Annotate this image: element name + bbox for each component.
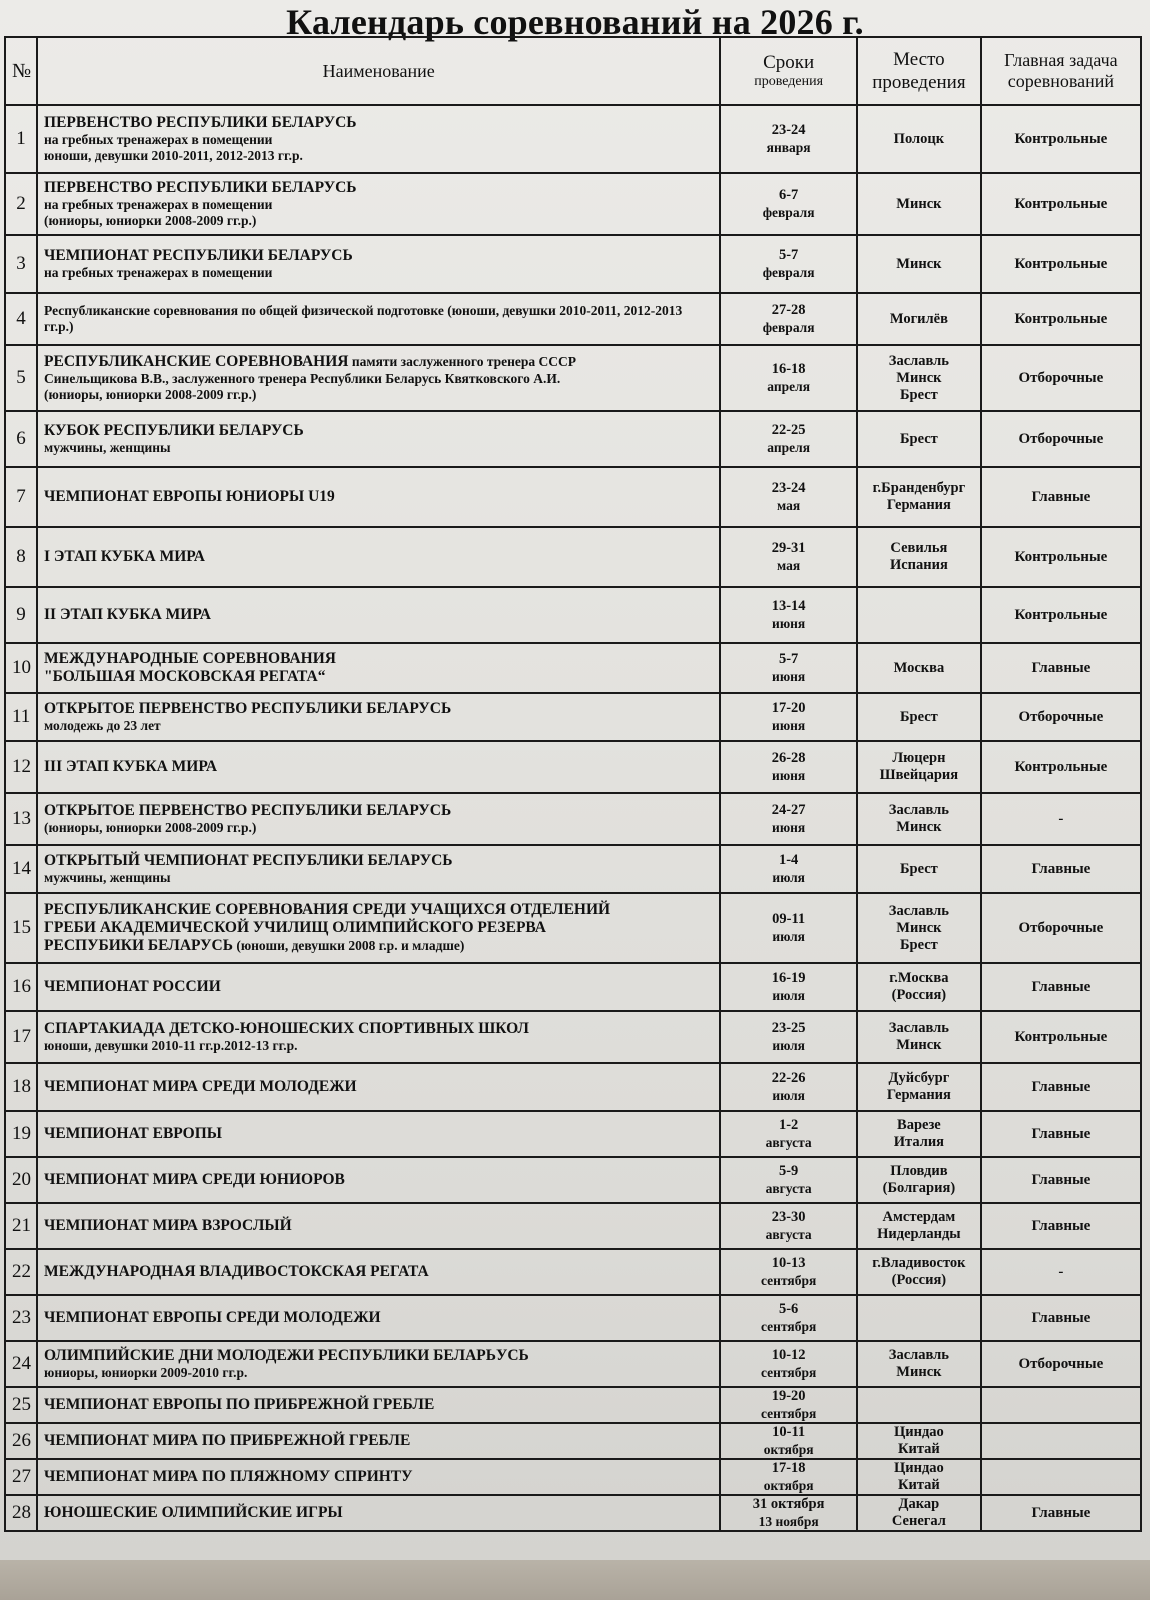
competition-title: ЧЕМПИОНАТ ЕВРОПЫ — [44, 1125, 222, 1142]
row-number: 19 — [5, 1111, 37, 1157]
place-cell: Полоцк — [857, 105, 981, 173]
place-cell: г.БранденбургГермания — [857, 467, 981, 527]
table-header: № Наименование Сроки проведения Место пр… — [5, 37, 1141, 105]
row-number: 22 — [5, 1249, 37, 1295]
date-month: июля — [727, 987, 850, 1004]
competition-title-line: ЧЕМПИОНАТ РЕСПУБЛИКИ БЕЛАРУСЬ — [44, 247, 713, 265]
competition-title-line: РЕСПУБЛИКАНСКИЕ СОРЕВНОВАНИЯ памяти засл… — [44, 353, 713, 371]
place-cell: ДуйсбургГермания — [857, 1063, 981, 1111]
dates-cell: 27-28февраля — [720, 293, 857, 345]
place-line: Испания — [864, 557, 974, 574]
place-line: г.Москва — [864, 970, 974, 987]
row-number: 27 — [5, 1459, 37, 1495]
competition-title-line: ОТКРЫТОЕ ПЕРВЕНСТВО РЕСПУБЛИКИ БЕЛАРУСЬ — [44, 700, 713, 718]
competition-title-line: ОЛИМПИЙСКИЕ ДНИ МОЛОДЕЖИ РЕСПУБЛИКИ БЕЛА… — [44, 1347, 713, 1365]
date-range: 1-4 — [727, 852, 850, 869]
goal-cell: Контрольные — [981, 293, 1141, 345]
competition-title-line: II ЭТАП КУБКА МИРА — [44, 606, 713, 624]
goal-cell: Главные — [981, 1295, 1141, 1341]
row-number: 16 — [5, 963, 37, 1011]
place-line: Швейцария — [864, 767, 974, 784]
place-line: Севилья — [864, 540, 974, 557]
competition-subtitle: юноши, девушки 2010-2011, 2012-2013 гг.р… — [44, 148, 713, 164]
competition-title-line: ЧЕМПИОНАТ МИРА ПО ПРИБРЕЖНОЙ ГРЕБЛЕ — [44, 1432, 713, 1450]
goal-cell: Главные — [981, 1063, 1141, 1111]
competition-title-line: КУБОК РЕСПУБЛИКИ БЕЛАРУСЬ — [44, 422, 713, 440]
date-month: января — [727, 139, 850, 156]
competition-title-line: ОТКРЫТОЕ ПЕРВЕНСТВО РЕСПУБЛИКИ БЕЛАРУСЬ — [44, 802, 713, 820]
dates-cell: 5-9августа — [720, 1157, 857, 1203]
dates-cell: 29-31мая — [720, 527, 857, 587]
competition-title: МЕЖДУНАРОДНАЯ ВЛАДИВОСТОКСКАЯ РЕГАТА — [44, 1263, 429, 1280]
competition-name-cell: ЧЕМПИОНАТ МИРА СРЕДИ ЮНИОРОВ — [37, 1157, 720, 1203]
competition-title: РЕСПУБЛИКАНСКИЕ СОРЕВНОВАНИЯ — [44, 353, 348, 370]
competition-title-line2: ГРЕБИ АКАДЕМИЧЕСКОЙ УЧИЛИЩ ОЛИМПИЙСКОГО … — [44, 919, 713, 937]
competition-title-line: ПЕРВЕНСТВО РЕСПУБЛИКИ БЕЛАРУСЬ — [44, 179, 713, 197]
date-month: июня — [727, 819, 850, 836]
goal-cell: Контрольные — [981, 105, 1141, 173]
competition-name-cell: МЕЖДУНАРОДНАЯ ВЛАДИВОСТОКСКАЯ РЕГАТА — [37, 1249, 720, 1295]
place-line: Могилёв — [864, 311, 974, 328]
place-line: Люцерн — [864, 750, 974, 767]
place-cell: ВарезеИталия — [857, 1111, 981, 1157]
table-row: 15РЕСПУБЛИКАНСКИЕ СОРЕВНОВАНИЯ СРЕДИ УЧА… — [5, 893, 1141, 963]
date-range: 29-31 — [727, 540, 850, 557]
competition-name-cell: ЧЕМПИОНАТ ЕВРОПЫ ЮНИОРЫ U19 — [37, 467, 720, 527]
competition-title: I ЭТАП КУБКА МИРА — [44, 548, 205, 565]
place-cell: СевильяИспания — [857, 527, 981, 587]
table-row: 24ОЛИМПИЙСКИЕ ДНИ МОЛОДЕЖИ РЕСПУБЛИКИ БЕ… — [5, 1341, 1141, 1387]
place-line: Минск — [864, 370, 974, 387]
dates-cell: 5-7июня — [720, 643, 857, 693]
competition-title-line: МЕЖДУНАРОДНАЯ ВЛАДИВОСТОКСКАЯ РЕГАТА — [44, 1263, 713, 1281]
dates-cell: 10-13сентября — [720, 1249, 857, 1295]
date-range: 10-13 — [727, 1255, 850, 1272]
competition-name-cell: ЮНОШЕСКИЕ ОЛИМПИЙСКИЕ ИГРЫ — [37, 1495, 720, 1531]
competition-name-cell: ПЕРВЕНСТВО РЕСПУБЛИКИ БЕЛАРУСЬна гребных… — [37, 105, 720, 173]
competition-title-line: ПЕРВЕНСТВО РЕСПУБЛИКИ БЕЛАРУСЬ — [44, 114, 713, 132]
date-month: июля — [727, 1037, 850, 1054]
competition-title-line: СПАРТАКИАДА ДЕТСКО-ЮНОШЕСКИХ СПОРТИВНЫХ … — [44, 1020, 713, 1038]
date-month: мая — [727, 497, 850, 514]
place-line: Китай — [864, 1477, 974, 1494]
dates-cell: 23-24мая — [720, 467, 857, 527]
place-cell: ЗаславльМинск — [857, 1341, 981, 1387]
place-cell — [857, 1387, 981, 1423]
date-range: 22-25 — [727, 422, 850, 439]
date-range: 23-24 — [727, 122, 850, 139]
competition-title-line: ОТКРЫТЫЙ ЧЕМПИОНАТ РЕСПУБЛИКИ БЕЛАРУСЬ — [44, 852, 713, 870]
competition-title-line: ЧЕМПИОНАТ ЕВРОПЫ — [44, 1125, 713, 1143]
date-month: августа — [727, 1134, 850, 1151]
competition-title-line: ЧЕМПИОНАТ ЕВРОПЫ ЮНИОРЫ U19 — [44, 488, 713, 506]
competition-name-cell: ЧЕМПИОНАТ ЕВРОПЫ СРЕДИ МОЛОДЕЖИ — [37, 1295, 720, 1341]
table-row: 8I ЭТАП КУБКА МИРА29-31маяСевильяИспания… — [5, 527, 1141, 587]
competition-name-cell: СПАРТАКИАДА ДЕТСКО-ЮНОШЕСКИХ СПОРТИВНЫХ … — [37, 1011, 720, 1063]
date-month: июля — [727, 928, 850, 945]
place-cell — [857, 1295, 981, 1341]
date-range: 22-26 — [727, 1070, 850, 1087]
dates-cell: 13-14июня — [720, 587, 857, 643]
header-name: Наименование — [37, 37, 720, 105]
row-number: 2 — [5, 173, 37, 235]
row-number: 18 — [5, 1063, 37, 1111]
background-surface — [0, 1560, 1150, 1600]
place-line: Варезе — [864, 1117, 974, 1134]
place-line: Германия — [864, 497, 974, 514]
competition-title: РЕСПУБЛИКАНСКИЕ СОРЕВНОВАНИЯ СРЕДИ УЧАЩИ… — [44, 901, 610, 918]
goal-cell: Главные — [981, 1111, 1141, 1157]
dates-cell: 24-27июня — [720, 793, 857, 845]
row-number: 5 — [5, 345, 37, 411]
competition-name-cell: III ЭТАП КУБКА МИРА — [37, 741, 720, 793]
competition-name-cell: РЕСПУБЛИКАНСКИЕ СОРЕВНОВАНИЯ СРЕДИ УЧАЩИ… — [37, 893, 720, 963]
row-number: 25 — [5, 1387, 37, 1423]
place-line: Заславль — [864, 903, 974, 920]
table-row: 18ЧЕМПИОНАТ МИРА СРЕДИ МОЛОДЕЖИ22-26июля… — [5, 1063, 1141, 1111]
competition-title: КУБОК РЕСПУБЛИКИ БЕЛАРУСЬ — [44, 422, 304, 439]
competition-calendar-table: № Наименование Сроки проведения Место пр… — [4, 36, 1142, 1532]
competition-subtitle: юноши, девушки 2010-11 гг.р.2012-13 гг.р… — [44, 1038, 713, 1054]
competition-name-cell: ЧЕМПИОНАТ МИРА ВЗРОСЛЫЙ — [37, 1203, 720, 1249]
row-number: 3 — [5, 235, 37, 293]
competition-subtitle: (юниоры, юниорки 2008-2009 гг.р.) — [44, 213, 713, 229]
table-row: 2ПЕРВЕНСТВО РЕСПУБЛИКИ БЕЛАРУСЬна гребны… — [5, 173, 1141, 235]
place-cell: ЗаславльМинск — [857, 1011, 981, 1063]
place-line: Минск — [864, 920, 974, 937]
place-line: Минск — [864, 196, 974, 213]
row-number: 7 — [5, 467, 37, 527]
competition-title-line2: "БОЛЬШАЯ МОСКОВСКАЯ РЕГАТА“ — [44, 668, 713, 686]
date-range: 27-28 — [727, 302, 850, 319]
competition-title: ЧЕМПИОНАТ РОССИИ — [44, 978, 221, 995]
dates-cell: 10-11октября — [720, 1423, 857, 1459]
place-line: Минск — [864, 819, 974, 836]
goal-cell: Главные — [981, 643, 1141, 693]
header-number: № — [5, 37, 37, 105]
competition-name-cell: I ЭТАП КУБКА МИРА — [37, 527, 720, 587]
date-range: 23-25 — [727, 1020, 850, 1037]
dates-cell: 09-11июля — [720, 893, 857, 963]
competition-title-line: МЕЖДУНАРОДНЫЕ СОРЕВНОВАНИЯ — [44, 650, 713, 668]
place-line: Германия — [864, 1087, 974, 1104]
place-cell: ЗаславльМинскБрест — [857, 345, 981, 411]
row-number: 9 — [5, 587, 37, 643]
date-range: 16-19 — [727, 970, 850, 987]
dates-cell: 16-18апреля — [720, 345, 857, 411]
goal-cell: Контрольные — [981, 1011, 1141, 1063]
place-cell: Брест — [857, 693, 981, 741]
table-row: 3ЧЕМПИОНАТ РЕСПУБЛИКИ БЕЛАРУСЬна гребных… — [5, 235, 1141, 293]
goal-cell: Главные — [981, 467, 1141, 527]
place-line: Дуйсбург — [864, 1070, 974, 1087]
competition-title: ОТКРЫТЫЙ ЧЕМПИОНАТ РЕСПУБЛИКИ БЕЛАРУСЬ — [44, 852, 453, 869]
competition-name-cell: ЧЕМПИОНАТ ЕВРОПЫ ПО ПРИБРЕЖНОЙ ГРЕБЛЕ — [37, 1387, 720, 1423]
table-row: 21ЧЕМПИОНАТ МИРА ВЗРОСЛЫЙ23-30августаАмс… — [5, 1203, 1141, 1249]
place-line: Брест — [864, 709, 974, 726]
place-line: Заславль — [864, 1020, 974, 1037]
competition-name-cell: ЧЕМПИОНАТ ЕВРОПЫ — [37, 1111, 720, 1157]
dates-cell: 17-20июня — [720, 693, 857, 741]
place-cell: г.Владивосток(Россия) — [857, 1249, 981, 1295]
competition-title: ЧЕМПИОНАТ МИРА СРЕДИ МОЛОДЕЖИ — [44, 1078, 357, 1095]
date-month: июня — [727, 767, 850, 784]
table-row: 28ЮНОШЕСКИЕ ОЛИМПИЙСКИЕ ИГРЫ31 октября13… — [5, 1495, 1141, 1531]
competition-name-cell: ЧЕМПИОНАТ МИРА ПО ПРИБРЕЖНОЙ ГРЕБЛЕ — [37, 1423, 720, 1459]
date-month: июня — [727, 615, 850, 632]
row-number: 24 — [5, 1341, 37, 1387]
date-range: 5-6 — [727, 1301, 850, 1318]
date-month: сентября — [727, 1318, 850, 1335]
dates-cell: 1-2августа — [720, 1111, 857, 1157]
table-row: 7ЧЕМПИОНАТ ЕВРОПЫ ЮНИОРЫ U1923-24маяг.Бр… — [5, 467, 1141, 527]
date-month: февраля — [727, 204, 850, 221]
competition-subtitle: Синельщикова В.В., заслуженного тренера … — [44, 371, 713, 387]
dates-cell: 22-26июля — [720, 1063, 857, 1111]
row-number: 1 — [5, 105, 37, 173]
place-line: (Болгария) — [864, 1180, 974, 1197]
competition-name-cell: ПЕРВЕНСТВО РЕСПУБЛИКИ БЕЛАРУСЬна гребных… — [37, 173, 720, 235]
competition-title: ЧЕМПИОНАТ РЕСПУБЛИКИ БЕЛАРУСЬ — [44, 247, 353, 264]
row-number: 12 — [5, 741, 37, 793]
row-number: 11 — [5, 693, 37, 741]
place-line: Минск — [864, 1364, 974, 1381]
place-line: Минск — [864, 256, 974, 273]
goal-cell: - — [981, 1249, 1141, 1295]
place-line: Заславль — [864, 353, 974, 370]
place-cell: Брест — [857, 845, 981, 893]
row-number: 13 — [5, 793, 37, 845]
competition-subtitle: молодежь до 23 лет — [44, 718, 713, 734]
competition-subtitle: мужчины, женщины — [44, 440, 713, 456]
goal-cell: Главные — [981, 1495, 1141, 1531]
row-number: 14 — [5, 845, 37, 893]
place-cell: Могилёв — [857, 293, 981, 345]
place-cell: г.Москва(Россия) — [857, 963, 981, 1011]
competition-title: ЧЕМПИОНАТ МИРА СРЕДИ ЮНИОРОВ — [44, 1171, 345, 1188]
row-number: 28 — [5, 1495, 37, 1531]
date-range: 26-28 — [727, 750, 850, 767]
goal-cell: Главные — [981, 1203, 1141, 1249]
header-dates-line2: проведения — [727, 73, 850, 91]
table-row: 14ОТКРЫТЫЙ ЧЕМПИОНАТ РЕСПУБЛИКИ БЕЛАРУСЬ… — [5, 845, 1141, 893]
place-line: Циндао — [864, 1424, 974, 1441]
competition-name-cell: ЧЕМПИОНАТ МИРА ПО ПЛЯЖНОМУ СПРИНТУ — [37, 1459, 720, 1495]
row-number: 21 — [5, 1203, 37, 1249]
goal-cell — [981, 1459, 1141, 1495]
competition-title-line: ЧЕМПИОНАТ РОССИИ — [44, 978, 713, 996]
goal-cell: Контрольные — [981, 527, 1141, 587]
competition-name-cell: II ЭТАП КУБКА МИРА — [37, 587, 720, 643]
row-number: 6 — [5, 411, 37, 467]
row-number: 23 — [5, 1295, 37, 1341]
dates-cell: 22-25апреля — [720, 411, 857, 467]
header-goal: Главная задача соревнований — [981, 37, 1141, 105]
place-line: Москва — [864, 660, 974, 677]
competition-title: ЧЕМПИОНАТ МИРА ВЗРОСЛЫЙ — [44, 1217, 292, 1234]
date-range: 24-27 — [727, 802, 850, 819]
goal-cell: Контрольные — [981, 235, 1141, 293]
competition-title: МЕЖДУНАРОДНЫЕ СОРЕВНОВАНИЯ — [44, 650, 336, 667]
table-row: 23ЧЕМПИОНАТ ЕВРОПЫ СРЕДИ МОЛОДЕЖИ5-6сент… — [5, 1295, 1141, 1341]
competition-title: ПЕРВЕНСТВО РЕСПУБЛИКИ БЕЛАРУСЬ — [44, 179, 357, 196]
dates-cell: 10-12сентября — [720, 1341, 857, 1387]
competition-subtitle: мужчины, женщины — [44, 870, 713, 886]
table-row: 26ЧЕМПИОНАТ МИРА ПО ПРИБРЕЖНОЙ ГРЕБЛЕ10-… — [5, 1423, 1141, 1459]
table-row: 9II ЭТАП КУБКА МИРА13-14июняКонтрольные — [5, 587, 1141, 643]
date-range: 31 октября — [727, 1496, 850, 1513]
competition-title-line: ЧЕМПИОНАТ МИРА СРЕДИ МОЛОДЕЖИ — [44, 1078, 713, 1096]
competition-name-cell: КУБОК РЕСПУБЛИКИ БЕЛАРУСЬмужчины, женщин… — [37, 411, 720, 467]
table-row: 1ПЕРВЕНСТВО РЕСПУБЛИКИ БЕЛАРУСЬна гребны… — [5, 105, 1141, 173]
competition-name-cell: ЧЕМПИОНАТ МИРА СРЕДИ МОЛОДЕЖИ — [37, 1063, 720, 1111]
place-line: г.Владивосток — [864, 1255, 974, 1272]
date-month: февраля — [727, 264, 850, 281]
competition-title: ПЕРВЕНСТВО РЕСПУБЛИКИ БЕЛАРУСЬ — [44, 114, 357, 131]
place-line: г.Бранденбург — [864, 480, 974, 497]
goal-cell: Контрольные — [981, 587, 1141, 643]
table-row: 10МЕЖДУНАРОДНЫЕ СОРЕВНОВАНИЯ"БОЛЬШАЯ МОС… — [5, 643, 1141, 693]
date-range: 1-2 — [727, 1117, 850, 1134]
date-range: 6-7 — [727, 187, 850, 204]
date-month: августа — [727, 1180, 850, 1197]
place-cell: ЗаславльМинск — [857, 793, 981, 845]
competition-title: ЮНОШЕСКИЕ ОЛИМПИЙСКИЕ ИГРЫ — [44, 1504, 343, 1521]
table-row: 22МЕЖДУНАРОДНАЯ ВЛАДИВОСТОКСКАЯ РЕГАТА10… — [5, 1249, 1141, 1295]
date-range: 13-14 — [727, 598, 850, 615]
date-month: июля — [727, 1087, 850, 1104]
dates-cell: 26-28июня — [720, 741, 857, 793]
place-line: Полоцк — [864, 131, 974, 148]
competition-name-cell: ОТКРЫТОЕ ПЕРВЕНСТВО РЕСПУБЛИКИ БЕЛАРУСЬ(… — [37, 793, 720, 845]
competition-subtitle: на гребных тренажерах в помещении — [44, 265, 713, 281]
dates-cell: 31 октября13 ноября — [720, 1495, 857, 1531]
date-range: 5-7 — [727, 651, 850, 668]
table-row: 19ЧЕМПИОНАТ ЕВРОПЫ1-2августаВарезеИталия… — [5, 1111, 1141, 1157]
date-month: августа — [727, 1226, 850, 1243]
date-month: сентября — [727, 1364, 850, 1381]
place-cell: Брест — [857, 411, 981, 467]
competition-subtitle: юниоры, юниорки 2009-2010 гг.р. — [44, 1365, 713, 1381]
date-range: 19-20 — [727, 1388, 850, 1405]
date-month: октября — [727, 1441, 850, 1458]
competition-title-line3-tail: (юноши, девушки 2008 г.р. и младше) — [233, 938, 464, 953]
competition-subtitle: на гребных тренажерах в помещении — [44, 132, 713, 148]
table-row: 6КУБОК РЕСПУБЛИКИ БЕЛАРУСЬмужчины, женщи… — [5, 411, 1141, 467]
goal-cell: Отборочные — [981, 1341, 1141, 1387]
competition-title: ЧЕМПИОНАТ ЕВРОПЫ СРЕДИ МОЛОДЕЖИ — [44, 1309, 381, 1326]
place-cell: Москва — [857, 643, 981, 693]
competition-name-cell: МЕЖДУНАРОДНЫЕ СОРЕВНОВАНИЯ"БОЛЬШАЯ МОСКО… — [37, 643, 720, 693]
competition-title-line3-text: РЕСПУБИКИ БЕЛАРУСЬ — [44, 937, 233, 954]
competition-title: ЧЕМПИОНАТ ЕВРОПЫ ПО ПРИБРЕЖНОЙ ГРЕБЛЕ — [44, 1396, 434, 1413]
place-cell: ЦиндаоКитай — [857, 1459, 981, 1495]
table-row: 27ЧЕМПИОНАТ МИРА ПО ПЛЯЖНОМУ СПРИНТУ17-1… — [5, 1459, 1141, 1495]
place-line: Минск — [864, 1037, 974, 1054]
table-row: 4Республиканские соревнования по общей ф… — [5, 293, 1141, 345]
row-number: 15 — [5, 893, 37, 963]
dates-cell: 23-25июля — [720, 1011, 857, 1063]
competition-title: ОТКРЫТОЕ ПЕРВЕНСТВО РЕСПУБЛИКИ БЕЛАРУСЬ — [44, 802, 451, 819]
place-line: Брест — [864, 431, 974, 448]
row-number: 20 — [5, 1157, 37, 1203]
competition-title: СПАРТАКИАДА ДЕТСКО-ЮНОШЕСКИХ СПОРТИВНЫХ … — [44, 1020, 529, 1037]
place-line: Заславль — [864, 802, 974, 819]
place-line: Циндао — [864, 1460, 974, 1477]
row-number: 10 — [5, 643, 37, 693]
place-line: Италия — [864, 1134, 974, 1151]
row-number: 26 — [5, 1423, 37, 1459]
place-line: (Россия) — [864, 987, 974, 1004]
competition-name-cell: РЕСПУБЛИКАНСКИЕ СОРЕВНОВАНИЯ памяти засл… — [37, 345, 720, 411]
row-number: 17 — [5, 1011, 37, 1063]
dates-cell: 1-4июля — [720, 845, 857, 893]
table-row: 17СПАРТАКИАДА ДЕТСКО-ЮНОШЕСКИХ СПОРТИВНЫ… — [5, 1011, 1141, 1063]
goal-cell: Главные — [981, 1157, 1141, 1203]
date-month: июля — [727, 869, 850, 886]
goal-cell: Отборочные — [981, 893, 1141, 963]
date-range: 5-7 — [727, 247, 850, 264]
date-range: 23-30 — [727, 1209, 850, 1226]
dates-cell: 5-7февраля — [720, 235, 857, 293]
date-range: 16-18 — [727, 361, 850, 378]
date-month: июня — [727, 668, 850, 685]
competition-name-cell: ЧЕМПИОНАТ РЕСПУБЛИКИ БЕЛАРУСЬна гребных … — [37, 235, 720, 293]
goal-cell: - — [981, 793, 1141, 845]
dates-cell: 16-19июля — [720, 963, 857, 1011]
date-month: июня — [727, 717, 850, 734]
table-row: 11ОТКРЫТОЕ ПЕРВЕНСТВО РЕСПУБЛИКИ БЕЛАРУС… — [5, 693, 1141, 741]
date-range: 10-12 — [727, 1347, 850, 1364]
competition-subtitle: (юниоры, юниорки 2008-2009 гг.р.) — [44, 820, 713, 836]
date-month: 13 ноября — [727, 1513, 850, 1530]
place-line: Амстердам — [864, 1209, 974, 1226]
table-row: 12III ЭТАП КУБКА МИРА26-28июняЛюцернШвей… — [5, 741, 1141, 793]
goal-cell — [981, 1387, 1141, 1423]
date-month: сентября — [727, 1405, 850, 1422]
competition-title-line: ЧЕМПИОНАТ МИРА ПО ПЛЯЖНОМУ СПРИНТУ — [44, 1468, 713, 1486]
goal-cell: Отборочные — [981, 411, 1141, 467]
header-dates: Сроки проведения — [720, 37, 857, 105]
place-line: Пловдив — [864, 1163, 974, 1180]
date-month: апреля — [727, 439, 850, 456]
place-cell: АмстердамНидерланды — [857, 1203, 981, 1249]
table-row: 16ЧЕМПИОНАТ РОССИИ16-19июляг.Москва(Росс… — [5, 963, 1141, 1011]
goal-cell — [981, 1423, 1141, 1459]
competition-name-cell: ЧЕМПИОНАТ РОССИИ — [37, 963, 720, 1011]
dates-cell: 23-30августа — [720, 1203, 857, 1249]
competition-subtitle: Республиканские соревнования по общей фи… — [44, 303, 713, 335]
place-line: Китай — [864, 1441, 974, 1458]
row-number: 4 — [5, 293, 37, 345]
competition-name-cell: ОТКРЫТЫЙ ЧЕМПИОНАТ РЕСПУБЛИКИ БЕЛАРУСЬму… — [37, 845, 720, 893]
competition-title: III ЭТАП КУБКА МИРА — [44, 758, 217, 775]
competition-title-line: ЮНОШЕСКИЕ ОЛИМПИЙСКИЕ ИГРЫ — [44, 1504, 713, 1522]
competition-title: ЧЕМПИОНАТ МИРА ПО ПЛЯЖНОМУ СПРИНТУ — [44, 1468, 413, 1485]
competition-title-line: ЧЕМПИОНАТ МИРА СРЕДИ ЮНИОРОВ — [44, 1171, 713, 1189]
table-row: 25ЧЕМПИОНАТ ЕВРОПЫ ПО ПРИБРЕЖНОЙ ГРЕБЛЕ1… — [5, 1387, 1141, 1423]
date-month: октября — [727, 1477, 850, 1494]
date-range: 10-11 — [727, 1424, 850, 1441]
date-month: мая — [727, 557, 850, 574]
competition-title: II ЭТАП КУБКА МИРА — [44, 606, 211, 623]
place-line: Дакар — [864, 1496, 974, 1513]
competition-title-line: ЧЕМПИОНАТ ЕВРОПЫ СРЕДИ МОЛОДЕЖИ — [44, 1309, 713, 1327]
dates-cell: 23-24января — [720, 105, 857, 173]
competition-name-cell: ОТКРЫТОЕ ПЕРВЕНСТВО РЕСПУБЛИКИ БЕЛАРУСЬм… — [37, 693, 720, 741]
table-body: 1ПЕРВЕНСТВО РЕСПУБЛИКИ БЕЛАРУСЬна гребны… — [5, 105, 1141, 1531]
goal-cell: Контрольные — [981, 741, 1141, 793]
